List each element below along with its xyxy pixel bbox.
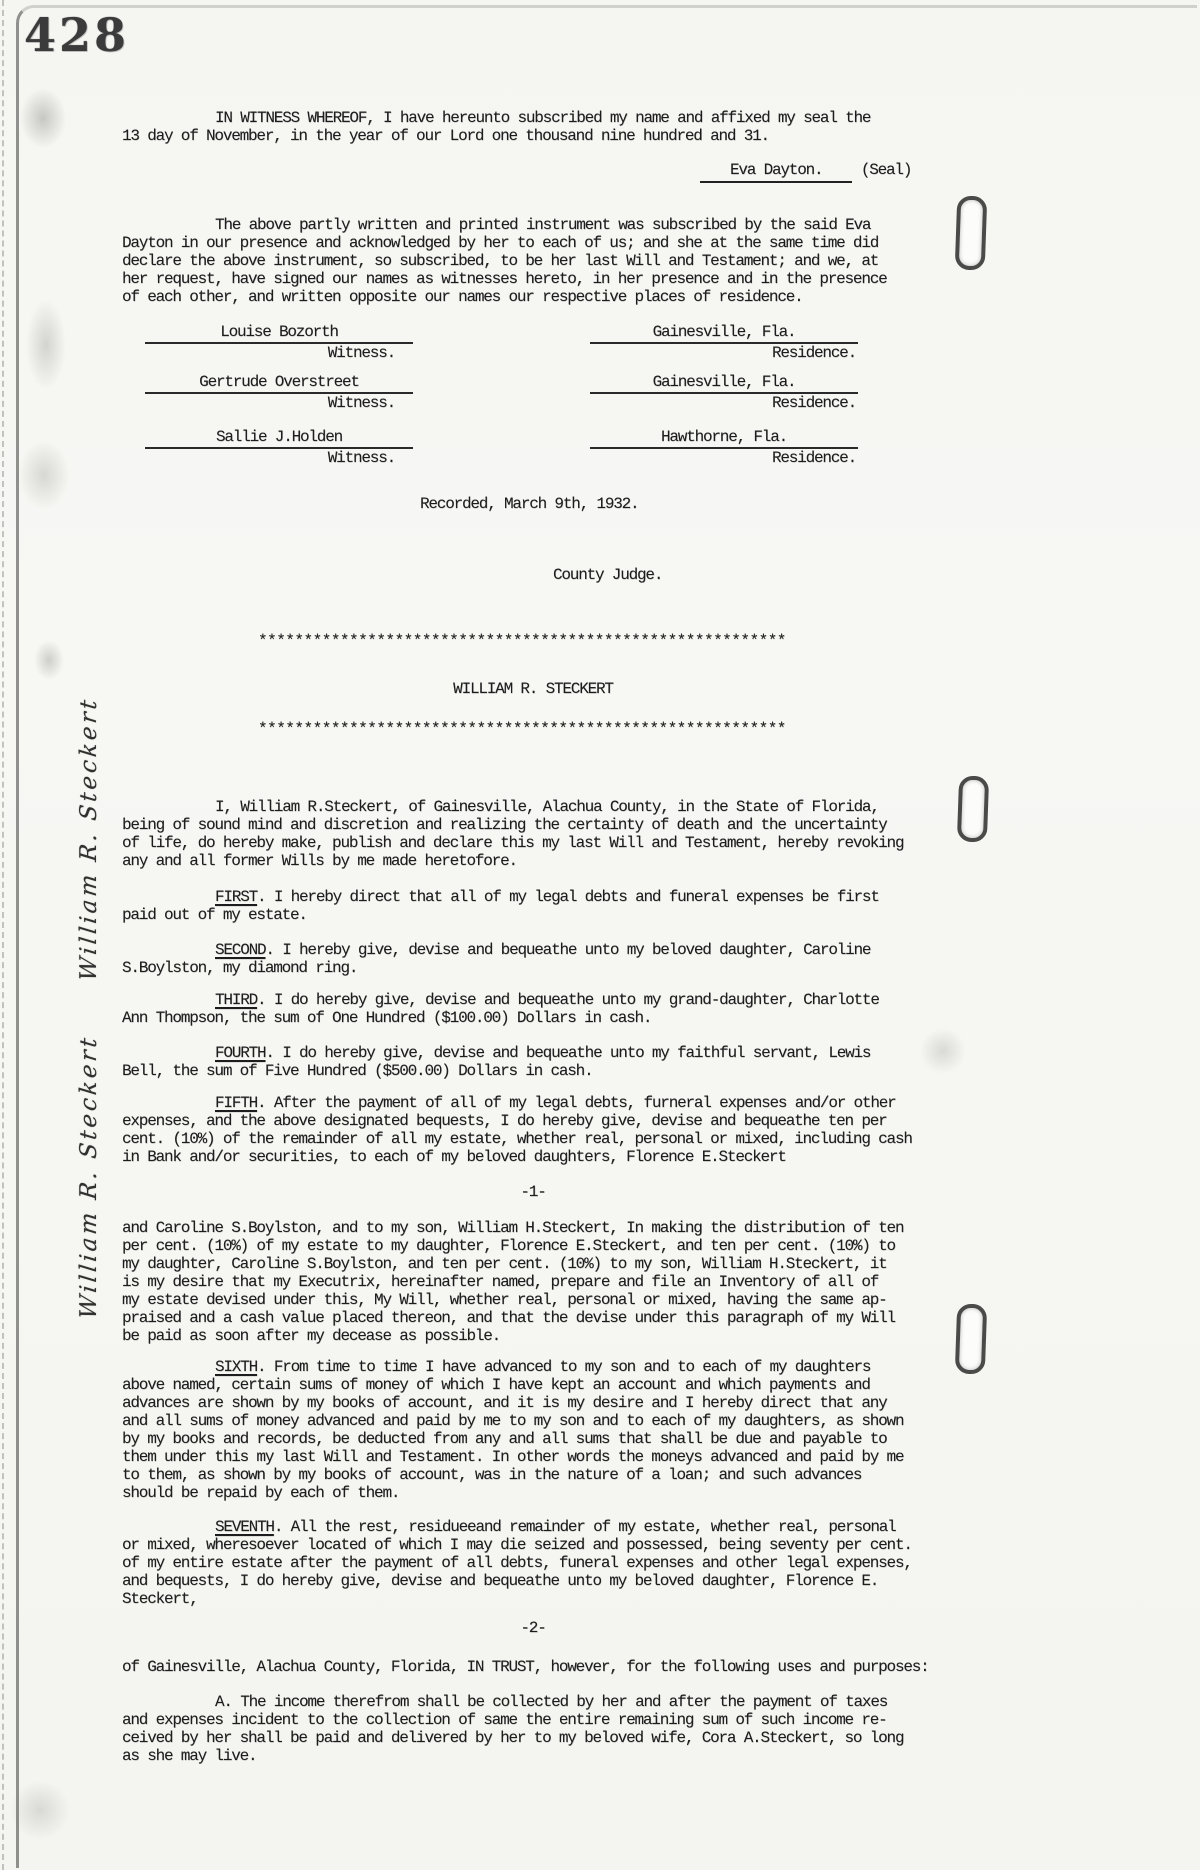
trust-declaration: of Gainesville, Alachua County, Florida,… — [122, 1658, 944, 1676]
scan-smudge — [10, 1780, 70, 1840]
will-title: WILLIAM R. STECKERT — [122, 680, 944, 698]
residence-label: Residence. — [590, 344, 856, 362]
residence-label: Residence. — [590, 394, 856, 412]
clause-label: FOURTH — [215, 1044, 265, 1062]
binder-hole — [955, 1303, 987, 1374]
clause-third: THIRD. I do hereby give, devise and bequ… — [122, 991, 944, 1027]
witness-clause: IN WITNESS WHEREOF, I have hereunto subs… — [122, 109, 944, 145]
page-2-marker: -2- — [122, 1619, 944, 1637]
witness-label: Witness. — [145, 394, 395, 412]
trust-clause-a: A. The income therefrom shall be collect… — [122, 1693, 944, 1765]
witness-row: Louise Bozorth Witness. Gainesville, Fla… — [0, 323, 1200, 363]
witness-label: Witness. — [145, 344, 395, 362]
estate-distribution-continuation: and Caroline S.Boylston, and to my son, … — [122, 1219, 944, 1345]
witness-name: Sallie J.Holden — [145, 428, 413, 449]
witness-row: Gertrude Overstreet Witness. Gainesville… — [0, 373, 1200, 413]
seal-label: (Seal) — [861, 161, 911, 179]
witness-name: Louise Bozorth — [145, 323, 413, 344]
scan-smudge — [34, 640, 64, 680]
witness-name: Gertrude Overstreet — [145, 373, 413, 394]
margin-signature: William R. Steckert — [76, 1048, 104, 1321]
page-1-marker: -1- — [122, 1183, 944, 1201]
page-number-stamp: 428 — [24, 8, 129, 62]
scan-smudge — [20, 88, 66, 148]
asterisk-divider: ****************************************… — [258, 632, 786, 650]
asterisk-divider: ****************************************… — [258, 720, 786, 738]
clause-label: SEVENTH — [215, 1518, 274, 1536]
clause-fifth: FIFTH. After the payment of all of my le… — [122, 1094, 944, 1166]
scanned-will-page: 428 IN WITNESS WHEREOF, I have hereunto … — [0, 0, 1200, 1870]
binder-hole — [955, 195, 988, 270]
residence-label: Residence. — [590, 449, 856, 467]
witness-label: Witness. — [145, 449, 395, 467]
clause-fourth: FOURTH. I do hereby give, devise and beq… — [122, 1044, 944, 1080]
clause-sixth: SIXTH. From time to time I have advanced… — [122, 1358, 944, 1502]
clause-label: FIFTH — [215, 1094, 257, 1112]
opening-declaration: I, William R.Steckert, of Gainesville, A… — [122, 798, 944, 870]
attestation-clause: The above partly written and printed ins… — [122, 216, 944, 306]
clause-seventh: SEVENTH. All the rest, residueeand remai… — [122, 1518, 944, 1608]
clause-label: SIXTH — [215, 1358, 257, 1376]
signature-name: Eva Dayton. — [700, 161, 852, 183]
clause-first: FIRST. I hereby direct that all of my le… — [122, 888, 944, 924]
binder-hole — [957, 775, 989, 842]
residence-name: Gainesville, Fla. — [590, 373, 858, 394]
recorded-line: Recorded, March 9th, 1932. — [420, 495, 638, 513]
clause-label: FIRST — [215, 888, 257, 906]
residence-name: Hawthorne, Fla. — [590, 428, 858, 449]
page-edge-dashed — [2, 0, 4, 1870]
margin-signature: William R. Steckert — [76, 710, 104, 983]
clause-label: THIRD — [215, 991, 257, 1009]
clause-text: . From time to time I have advanced to m… — [122, 1358, 903, 1502]
clause-second: SECOND. I hereby give, devise and bequea… — [122, 941, 944, 977]
county-judge-line: County Judge. — [553, 566, 662, 584]
testator-signature: Eva Dayton. (Seal) — [700, 161, 911, 179]
residence-name: Gainesville, Fla. — [590, 323, 858, 344]
clause-label: SECOND — [215, 941, 265, 959]
witness-row: Sallie J.Holden Witness. Hawthorne, Fla.… — [0, 428, 1200, 468]
